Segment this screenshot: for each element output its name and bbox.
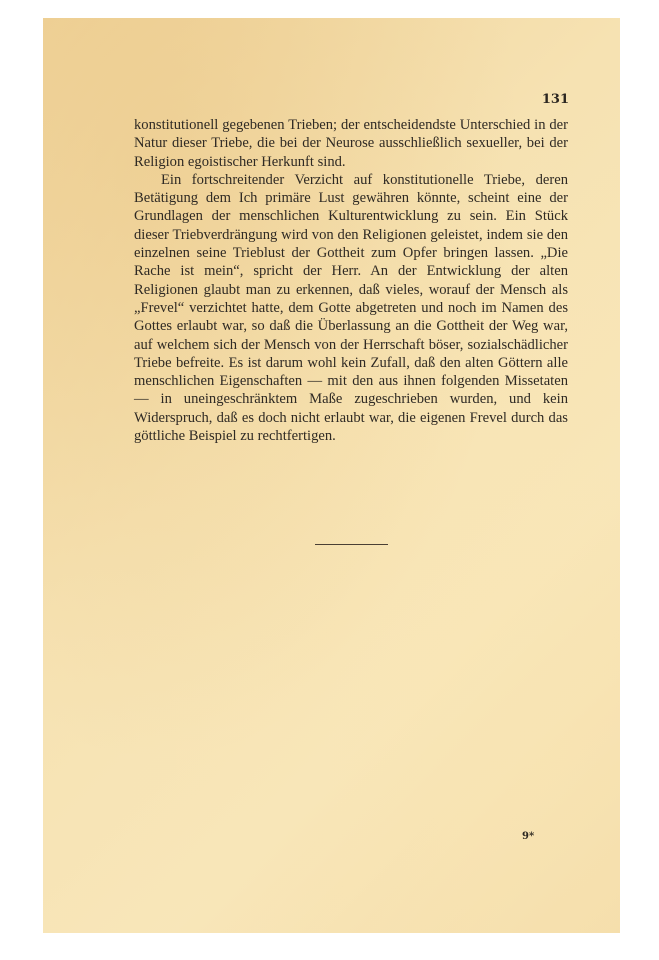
scanned-book-page: 131 konstitutionell gegebenen Trieben; d… xyxy=(43,18,620,933)
paragraph-2: Ein fortschreitender Verzicht auf konsti… xyxy=(134,171,568,445)
page-number: 131 xyxy=(523,92,569,107)
paragraph-1: konstitutionell gegebenen Trieben; der e… xyxy=(134,116,568,171)
section-divider-rule xyxy=(315,544,388,545)
body-text: konstitutionell gegebenen Trieben; der e… xyxy=(134,116,568,445)
signature-mark: 9* xyxy=(522,831,534,842)
